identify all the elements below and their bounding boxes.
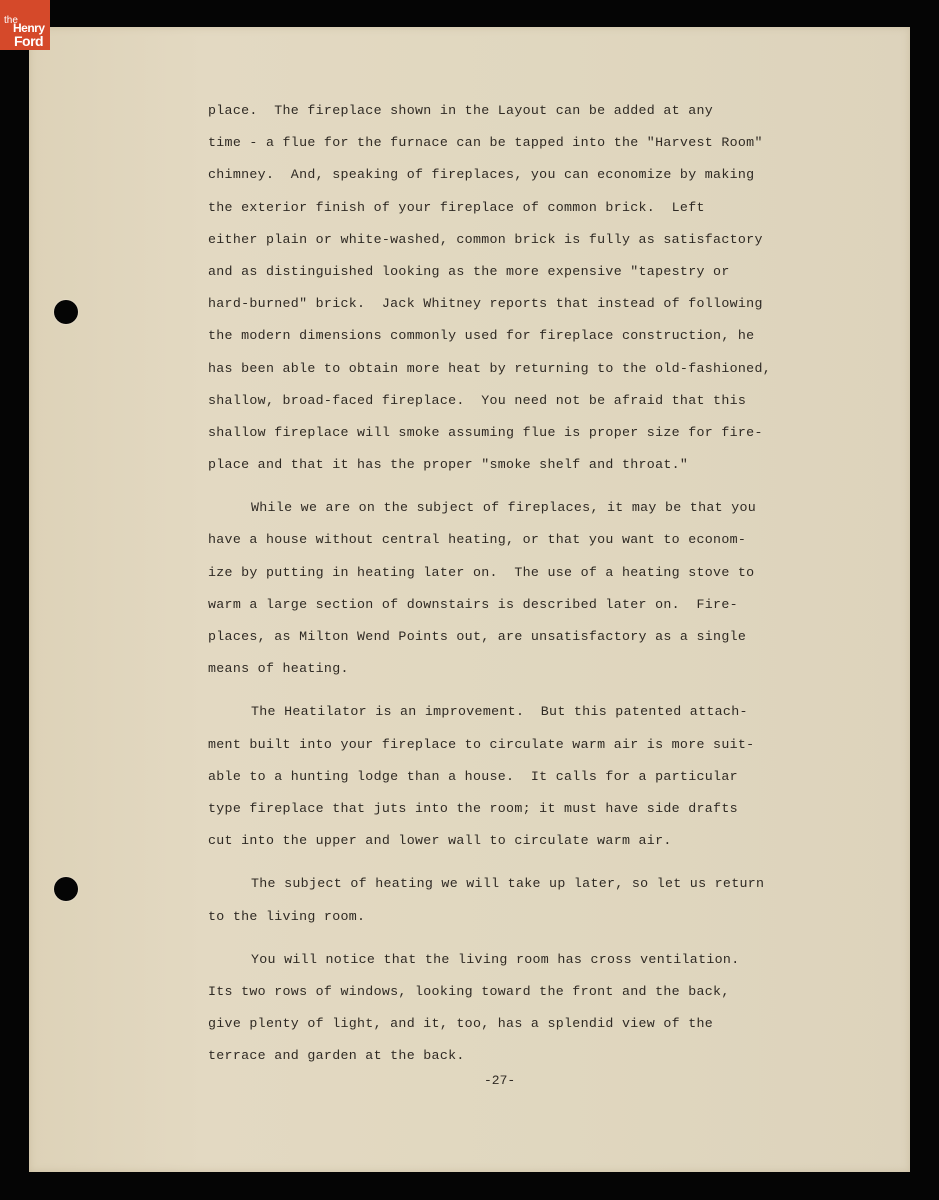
- text-line: either plain or white-washed, common bri…: [208, 224, 828, 256]
- text-line: type fireplace that juts into the room; …: [208, 793, 828, 825]
- text-line: chimney. And, speaking of fireplaces, yo…: [208, 159, 828, 191]
- text-line: time - a flue for the furnace can be tap…: [208, 127, 828, 159]
- paragraph-2: While we are on the subject of fireplace…: [208, 492, 828, 685]
- text-line: Its two rows of windows, looking toward …: [208, 976, 828, 1008]
- text-line: and as distinguished looking as the more…: [208, 256, 828, 288]
- paragraph-3: The Heatilator is an improvement. But th…: [208, 696, 828, 857]
- document-body: place. The fireplace shown in the Layout…: [208, 95, 828, 1072]
- text-line: warm a large section of downstairs is de…: [208, 589, 828, 621]
- logo-ford: Ford: [14, 34, 43, 48]
- text-line: have a house without central heating, or…: [208, 524, 828, 556]
- henry-ford-logo: the Henry Ford: [0, 0, 50, 50]
- text-line: the exterior finish of your fireplace of…: [208, 192, 828, 224]
- punch-hole-bottom: [54, 877, 78, 901]
- text-line: The subject of heating we will take up l…: [208, 868, 828, 900]
- text-line: ment built into your fireplace to circul…: [208, 729, 828, 761]
- text-line: hard-burned" brick. Jack Whitney reports…: [208, 288, 828, 320]
- paragraph-1: place. The fireplace shown in the Layout…: [208, 95, 828, 481]
- text-line: places, as Milton Wend Points out, are u…: [208, 621, 828, 653]
- paragraph-5: You will notice that the living room has…: [208, 944, 828, 1073]
- text-line: to the living room.: [208, 901, 828, 933]
- text-line: The Heatilator is an improvement. But th…: [208, 696, 828, 728]
- text-line: the modern dimensions commonly used for …: [208, 320, 828, 352]
- text-line: You will notice that the living room has…: [208, 944, 828, 976]
- text-line: terrace and garden at the back.: [208, 1040, 828, 1072]
- text-line: place and that it has the proper "smoke …: [208, 449, 828, 481]
- text-line: While we are on the subject of fireplace…: [208, 492, 828, 524]
- text-line: has been able to obtain more heat by ret…: [208, 353, 828, 385]
- text-line: shallow, broad-faced fireplace. You need…: [208, 385, 828, 417]
- punch-hole-top: [54, 300, 78, 324]
- text-line: shallow fireplace will smoke assuming fl…: [208, 417, 828, 449]
- text-line: able to a hunting lodge than a house. It…: [208, 761, 828, 793]
- text-line: means of heating.: [208, 653, 828, 685]
- text-line: cut into the upper and lower wall to cir…: [208, 825, 828, 857]
- text-line: give plenty of light, and it, too, has a…: [208, 1008, 828, 1040]
- paragraph-4: The subject of heating we will take up l…: [208, 868, 828, 932]
- text-line: place. The fireplace shown in the Layout…: [208, 95, 828, 127]
- text-line: ize by putting in heating later on. The …: [208, 557, 828, 589]
- document-page: place. The fireplace shown in the Layout…: [29, 27, 910, 1172]
- page-number: -27-: [484, 1073, 515, 1088]
